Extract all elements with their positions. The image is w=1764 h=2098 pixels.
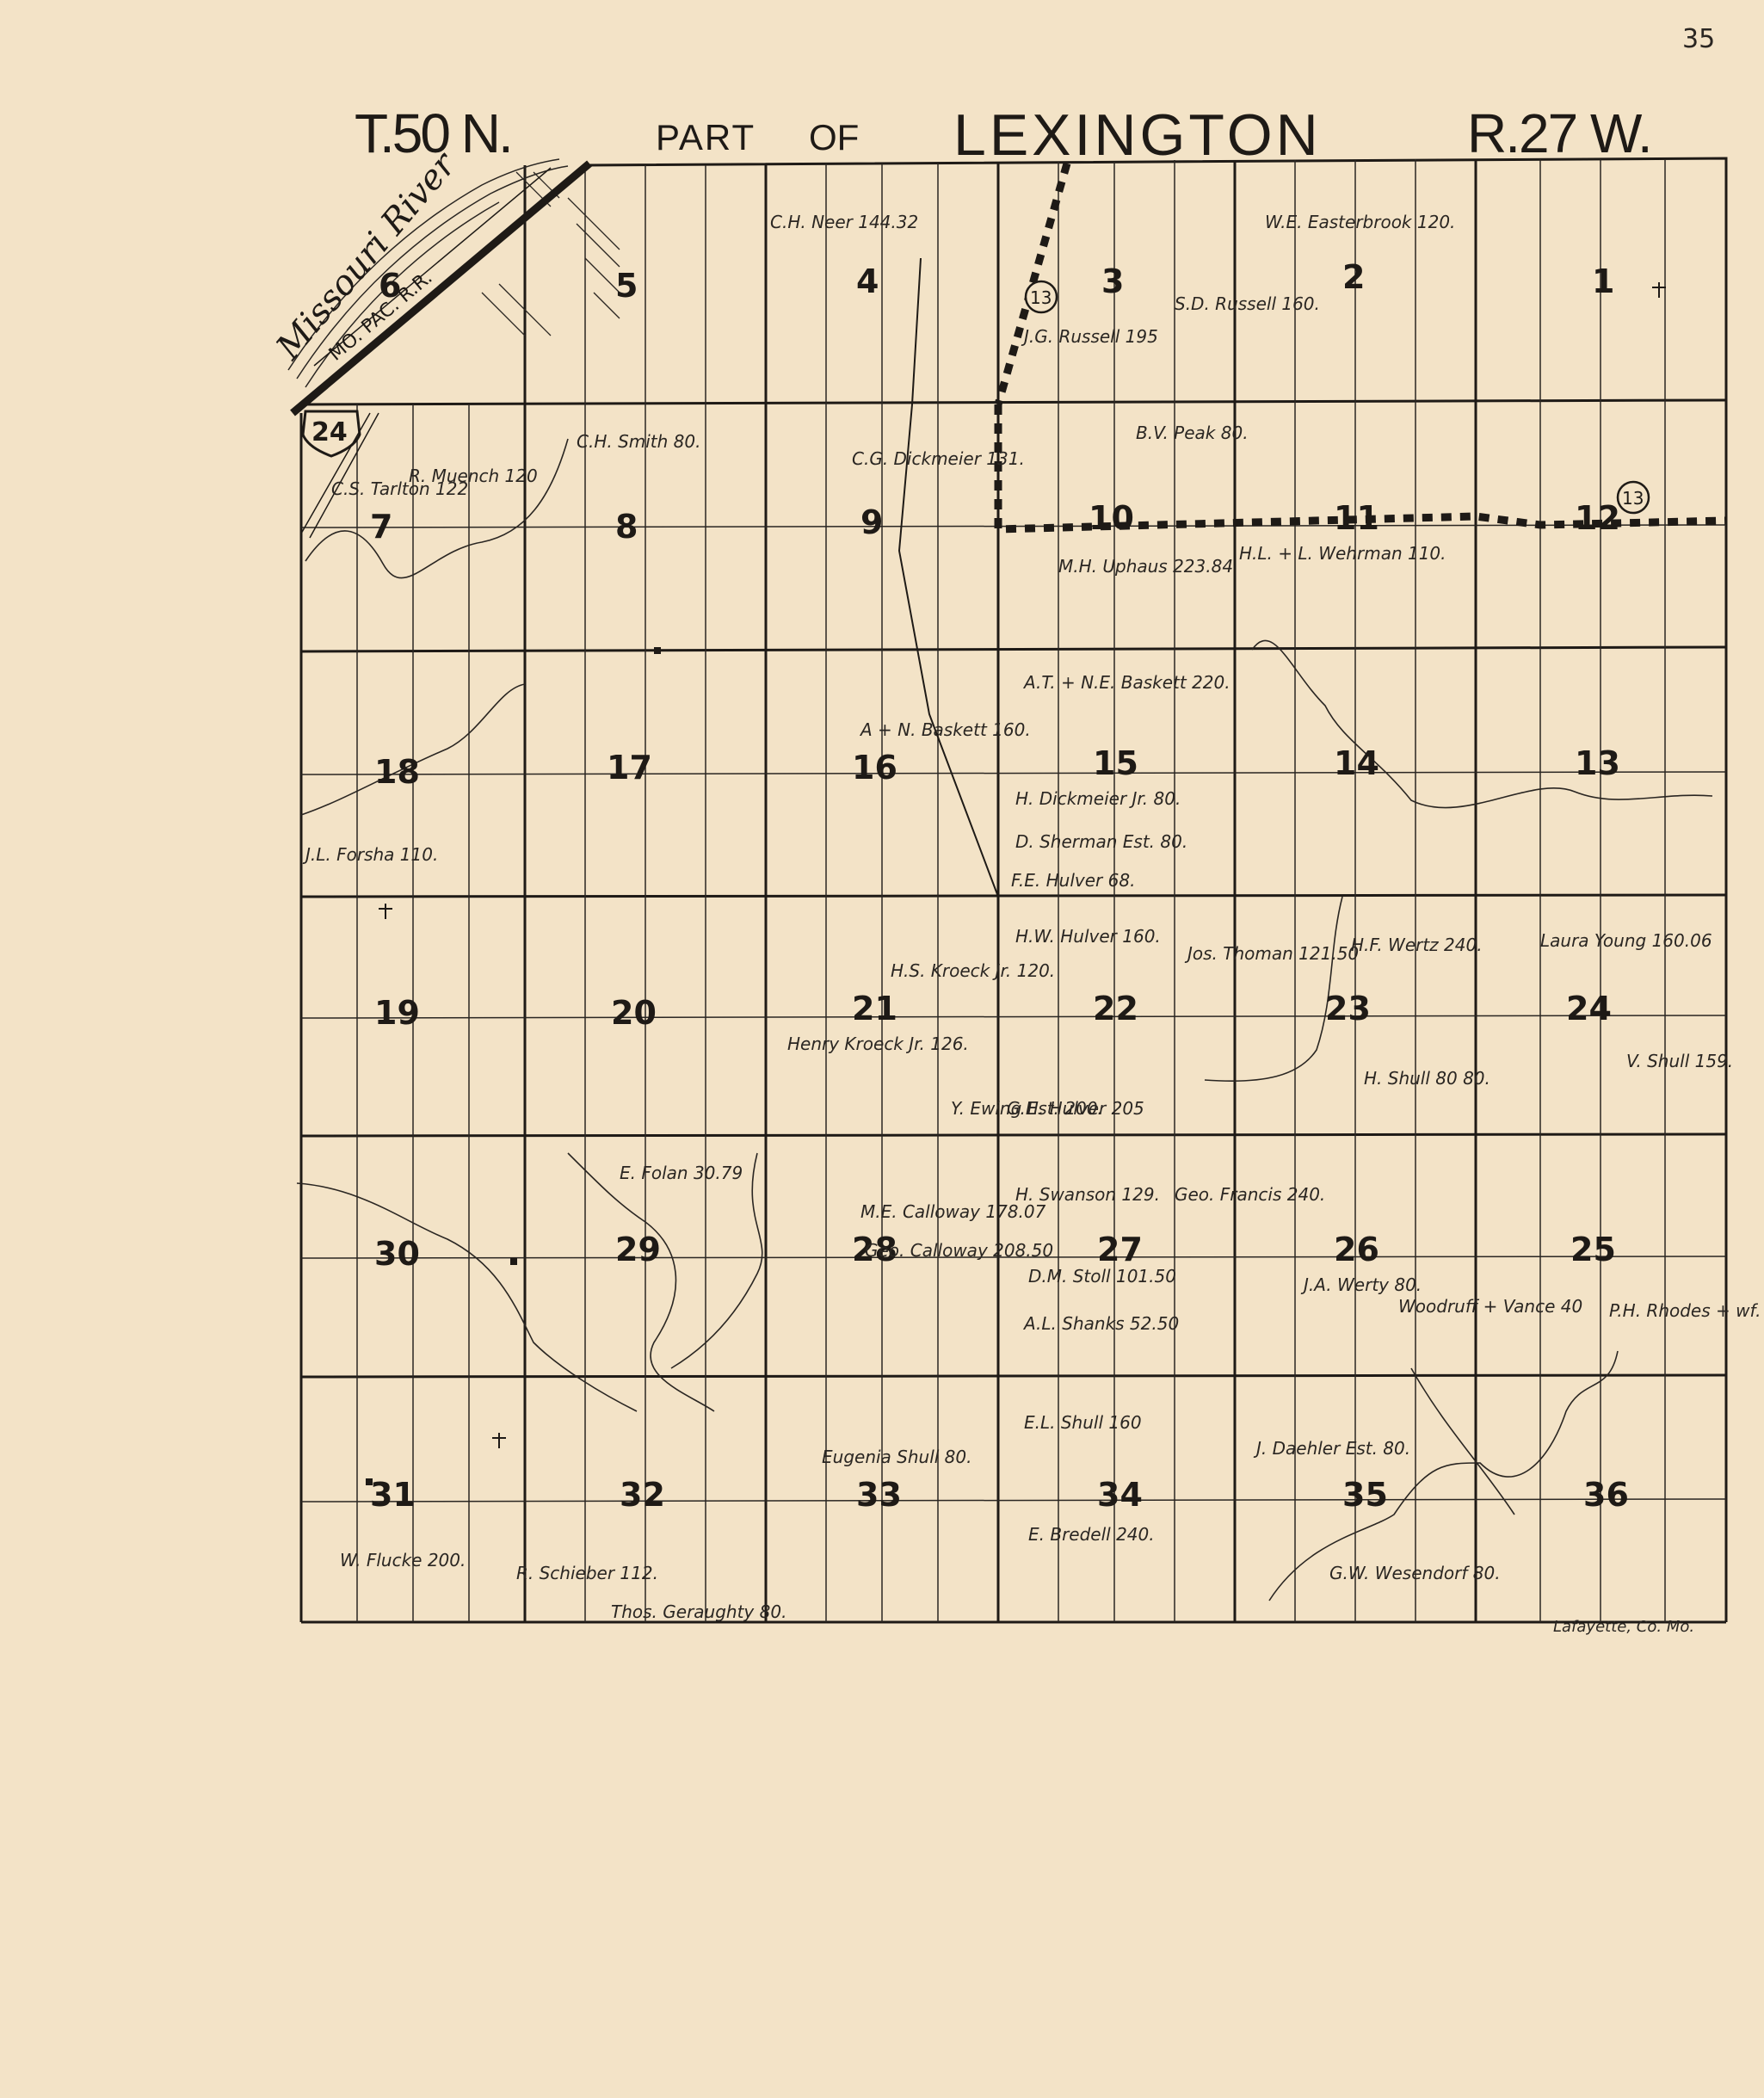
owner-label: Geo. Francis 240. xyxy=(1175,1184,1325,1205)
svg-text:13: 13 xyxy=(1622,488,1644,509)
section-number: 7 xyxy=(370,508,392,546)
section-number: 12 xyxy=(1575,499,1620,537)
owner-label: H.F. Wertz 240. xyxy=(1351,935,1483,955)
section-number: 14 xyxy=(1334,744,1379,782)
section-number: 25 xyxy=(1570,1231,1616,1268)
owner-label: B.V. Peak 80. xyxy=(1136,423,1249,443)
section-number: 33 xyxy=(856,1476,902,1514)
section-number: 36 xyxy=(1583,1476,1629,1514)
owner-label: H.W. Hulver 160. xyxy=(1015,926,1161,947)
owner-label: Thos. Geraughty 80. xyxy=(611,1601,786,1622)
section-number: 31 xyxy=(370,1476,416,1514)
section-number: 24 xyxy=(1566,990,1612,1027)
owner-label: R. Schieber 112. xyxy=(516,1563,658,1583)
section-number: 3 xyxy=(1101,262,1124,300)
section-number: 27 xyxy=(1097,1231,1143,1268)
mo-pac-railroad-2 xyxy=(899,258,998,897)
section-number: 6 xyxy=(379,267,401,305)
section-number: 30 xyxy=(374,1235,420,1273)
owner-label: Geo. Calloway 208.50 xyxy=(865,1240,1053,1261)
owner-label: E. Bredell 240. xyxy=(1028,1524,1155,1545)
section-number: 20 xyxy=(611,994,657,1032)
section-number: 16 xyxy=(852,749,897,787)
section-number: 29 xyxy=(615,1231,661,1268)
owner-label: J.L. Forsha 110. xyxy=(302,844,438,865)
owner-label: Eugenia Shull 80. xyxy=(822,1447,971,1467)
section-number: 21 xyxy=(852,990,897,1027)
svg-text:13: 13 xyxy=(1030,287,1052,308)
owner-label: D. Sherman Est. 80. xyxy=(1015,831,1187,852)
route-13-marker-icon: 13 13 xyxy=(1026,281,1649,513)
section-number: 34 xyxy=(1097,1476,1143,1514)
section-number: 10 xyxy=(1089,499,1134,537)
owner-labels: C.H. Neer 144.32 J.G. Russell 195 S.D. R… xyxy=(302,212,1764,1622)
owner-label: W. Flucke 200. xyxy=(340,1550,466,1570)
owner-label: G.W. Wesendorf 80. xyxy=(1329,1563,1501,1583)
section-number: 4 xyxy=(856,262,879,300)
owner-label: C.H. Smith 80. xyxy=(577,431,701,452)
owner-label: A.T. + N.E. Baskett 220. xyxy=(1022,672,1230,693)
section-number: 8 xyxy=(615,508,638,546)
section-number: 2 xyxy=(1342,258,1365,296)
section-number: 5 xyxy=(615,267,638,305)
owner-label: H. Dickmeier Jr. 80. xyxy=(1015,788,1181,809)
section-number: 23 xyxy=(1325,990,1371,1027)
us-24-shield-icon: 24 xyxy=(303,411,360,456)
section-number: 9 xyxy=(860,503,883,541)
owner-label: J.A. Werty 80. xyxy=(1300,1274,1422,1295)
section-number: 13 xyxy=(1575,744,1620,782)
owner-label: G.H. Hulver 205 xyxy=(1007,1098,1144,1119)
owner-label: M.H. Uphaus 223.84 xyxy=(1058,556,1233,577)
owner-label: P.H. Rhodes + wf. 120 xyxy=(1609,1300,1764,1321)
section-number: 11 xyxy=(1334,499,1379,537)
owner-label: H. Shull 80 80. xyxy=(1364,1068,1490,1089)
owner-label: J.G. Russell 195 xyxy=(1021,326,1158,347)
owner-label: Woodruff + Vance 40 xyxy=(1398,1296,1582,1317)
creek-upper-left xyxy=(305,439,568,578)
section-number: 18 xyxy=(374,753,420,791)
owner-label: H.L. + L. Wehrman 110. xyxy=(1239,543,1446,564)
owner-label: S.D. Russell 160. xyxy=(1175,293,1320,314)
owner-label: M.E. Calloway 178.07 xyxy=(860,1201,1046,1222)
section-grid xyxy=(301,159,1726,1622)
section-number: 15 xyxy=(1093,744,1138,782)
quarter-lines xyxy=(301,159,1726,1622)
owner-label: E.L. Shull 160 xyxy=(1024,1412,1142,1433)
creeks xyxy=(297,439,1712,1601)
map-credit: Lafayette, Co. Mo. xyxy=(1553,1618,1694,1636)
owner-label: A + N. Baskett 160. xyxy=(859,719,1031,740)
owner-label: C.G. Dickmeier 131. xyxy=(852,448,1025,469)
section-number: 26 xyxy=(1334,1231,1379,1268)
owner-label: D.M. Stoll 101.50 xyxy=(1028,1266,1176,1287)
section-number: 19 xyxy=(374,994,420,1032)
owner-label: F.E. Hulver 68. xyxy=(1011,870,1135,891)
section-number: 32 xyxy=(620,1476,665,1514)
owner-label: Jos. Thoman 121.50 xyxy=(1184,943,1359,964)
owner-label: C.H. Neer 144.32 xyxy=(770,212,918,232)
section-number: 1 xyxy=(1592,262,1614,300)
owner-label: E. Folan 30.79 xyxy=(620,1163,743,1183)
owner-label: H.S. Kroeck Jr. 120. xyxy=(891,960,1055,981)
owner-label: R. Muench 120 xyxy=(409,466,538,486)
svg-text:24: 24 xyxy=(311,417,348,447)
owner-label: J. Daehler Est. 80. xyxy=(1253,1438,1410,1459)
section-number: 22 xyxy=(1093,990,1138,1027)
section-number: 35 xyxy=(1342,1476,1388,1514)
owner-label: W.E. Easterbrook 120. xyxy=(1265,212,1455,232)
owner-label: Laura Young 160.06 xyxy=(1540,930,1712,951)
section-number: 17 xyxy=(607,749,652,787)
owner-label: Henry Kroeck Jr. 126. xyxy=(787,1034,969,1054)
plat-map: Missouri River MO. PAC. R.R. 24 13 13 xyxy=(0,0,1764,2098)
owner-label: A.L. Shanks 52.50 xyxy=(1022,1313,1179,1334)
owner-label: V. Shull 159. xyxy=(1626,1051,1733,1071)
